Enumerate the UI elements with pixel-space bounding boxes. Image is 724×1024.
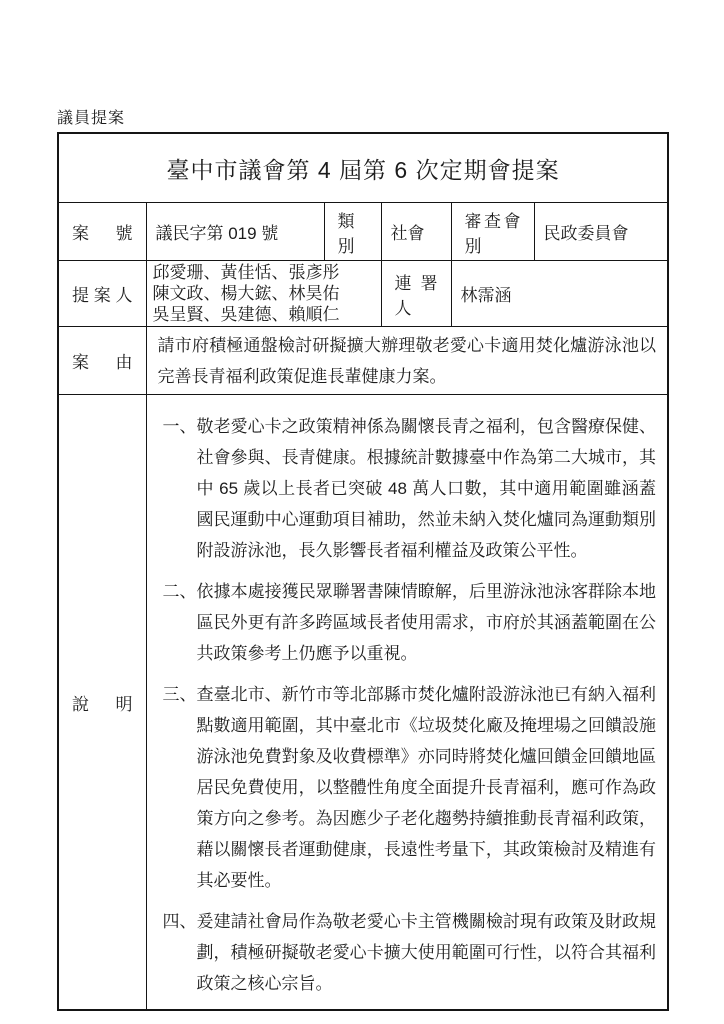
cosigner-value: 林霈涵 — [451, 261, 668, 327]
title-row: 臺中市議會第 4 屆第 6 次定期會提案 — [58, 133, 668, 203]
description-item-3: 三、查臺北市、新竹市等北部縣市焚化爐附設游泳池已有納入福利點數適用範圍，其中臺北… — [163, 679, 657, 896]
subject-value: 請市府積極通盤檢討研擬擴大辦理敬老愛心卡適用焚化爐游泳池以完善長青福利政策促進長… — [146, 327, 668, 395]
description-label: 說 明 — [58, 395, 146, 1011]
proposers-line-2: 陳文政、楊大鋐、林昊佑 — [153, 283, 375, 304]
description-item-4: 四、爰建請社會局作為敬老愛心卡主管機關檢討現有政策及財政規劃，積極研擬敬老愛心卡… — [163, 906, 657, 999]
item-2-marker: 二、 — [163, 582, 197, 601]
item-3-marker: 三、 — [163, 685, 197, 704]
proposers-label: 提 案 人 — [58, 261, 146, 327]
category-value: 社會 — [381, 203, 451, 261]
subject-label: 案 由 — [58, 327, 146, 395]
item-3-text: 查臺北市、新竹市等北部縣市焚化爐附設游泳池已有納入福利點數適用範圍，其中臺北市《… — [197, 685, 657, 890]
description-content: 一、敬老愛心卡之政策精神係為關懷長青之福利，包含醫療保健、社會參與、長青健康。根… — [146, 395, 668, 1011]
proposers-value: 邱愛珊、黃佳恬、張彥彤 陳文政、楊大鋐、林昊佑 吳呈賢、吳建德、賴順仁 — [146, 261, 381, 327]
review-committee-label: 審查會別 — [451, 203, 534, 261]
subject-row: 案 由 請市府積極通盤檢討研擬擴大辦理敬老愛心卡適用焚化爐游泳池以完善長青福利政… — [58, 327, 668, 395]
form-title: 臺中市議會第 4 屆第 6 次定期會提案 — [58, 133, 668, 203]
description-item-2: 二、依據本處接獲民眾聯署書陳情瞭解，后里游泳池泳客群除本地區民外更有許多跨區域長… — [163, 576, 657, 669]
description-item-1: 一、敬老愛心卡之政策精神係為關懷長青之福利，包含醫療保健、社會參與、長青健康。根… — [163, 411, 657, 566]
cosigner-label: 連署人 — [381, 261, 451, 327]
proposal-type-label: 議員提案 — [57, 105, 125, 128]
item-2-text: 依據本處接獲民眾聯署書陳情瞭解，后里游泳池泳客群除本地區民外更有許多跨區域長者使… — [197, 582, 657, 663]
item-4-text: 爰建請社會局作為敬老愛心卡主管機關檢討現有政策及財政規劃，積極研擬敬老愛心卡擴大… — [197, 912, 657, 993]
description-row: 說 明 一、敬老愛心卡之政策精神係為關懷長青之福利，包含醫療保健、社會參與、長青… — [58, 395, 668, 1011]
proposers-line-1: 邱愛珊、黃佳恬、張彥彤 — [153, 262, 375, 283]
category-label: 類 別 — [324, 203, 381, 261]
proposers-line-3: 吳呈賢、吳建德、賴順仁 — [153, 304, 375, 325]
case-number-value: 議民字第 019 號 — [146, 203, 324, 261]
case-number-label: 案 號 — [58, 203, 146, 261]
item-1-marker: 一、 — [163, 417, 197, 436]
item-1-text: 敬老愛心卡之政策精神係為關懷長青之福利，包含醫療保健、社會參與、長青健康。根據統… — [197, 417, 657, 560]
review-committee-value: 民政委員會 — [534, 203, 668, 261]
proposer-row: 提 案 人 邱愛珊、黃佳恬、張彥彤 陳文政、楊大鋐、林昊佑 吳呈賢、吳建德、賴順… — [58, 261, 668, 327]
item-4-marker: 四、 — [163, 912, 197, 931]
proposal-form-table: 臺中市議會第 4 屆第 6 次定期會提案 案 號 議民字第 019 號 類 別 … — [57, 132, 669, 1011]
meta-row: 案 號 議民字第 019 號 類 別 社會 審查會別 民政委員會 — [58, 203, 668, 261]
document-page: 議員提案 臺中市議會第 4 屆第 6 次定期會提案 案 號 議民字第 019 號… — [0, 0, 724, 1024]
